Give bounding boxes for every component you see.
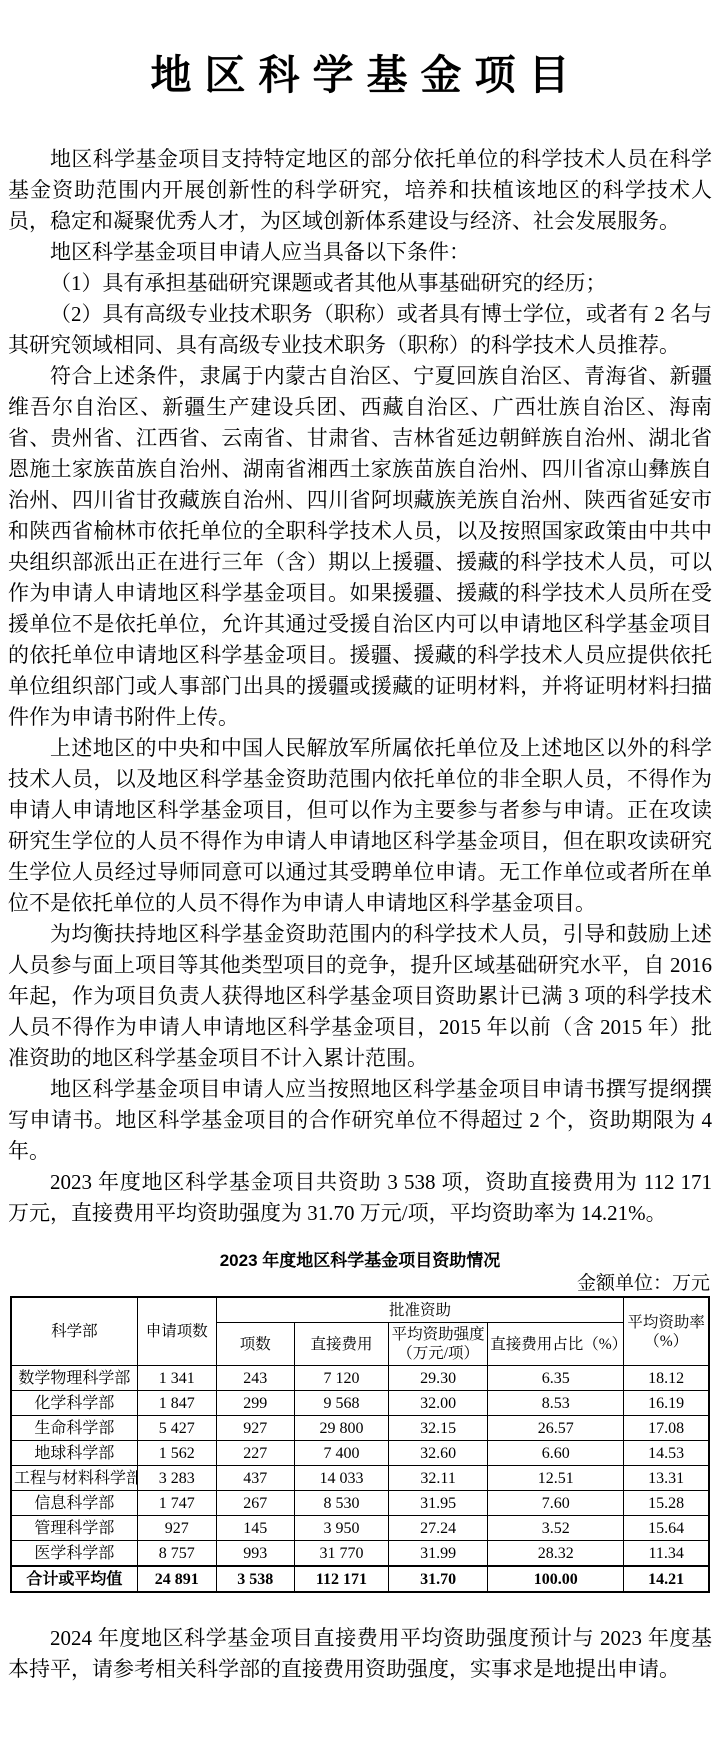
col-header-avg-intensity-line1: 平均资助强度 xyxy=(391,1325,485,1344)
cell-avg-intensity: 29.30 xyxy=(389,1366,488,1391)
cell-approved: 993 xyxy=(216,1541,294,1567)
table-row: 化学科学部 1 847 299 9 568 32.00 8.53 16.19 xyxy=(11,1391,709,1416)
cell-avg-rate: 13.31 xyxy=(624,1466,709,1491)
cell-approved: 267 xyxy=(216,1491,294,1516)
cell-avg-intensity: 32.00 xyxy=(389,1391,488,1416)
cell-approved: 927 xyxy=(216,1416,294,1441)
cell-applied: 927 xyxy=(137,1516,216,1541)
col-header-cost-share: 直接费用占比（%） xyxy=(488,1323,624,1366)
cell-total-applied: 24 891 xyxy=(137,1566,216,1592)
cell-direct-cost: 14 033 xyxy=(294,1466,388,1491)
cell-direct-cost: 7 400 xyxy=(294,1441,388,1466)
cell-cost-share: 28.32 xyxy=(488,1541,624,1567)
cell-department: 数学物理科学部 xyxy=(11,1366,137,1391)
col-header-avg-intensity-line2: （万元/项） xyxy=(391,1344,485,1363)
table-header-row-1: 科学部 申请项数 批准资助 平均资助率 （%） xyxy=(11,1297,709,1323)
cell-cost-share: 3.52 xyxy=(488,1516,624,1541)
cell-avg-rate: 18.12 xyxy=(624,1366,709,1391)
col-header-applied-count: 申请项数 xyxy=(137,1297,216,1366)
cell-avg-intensity: 31.95 xyxy=(389,1491,488,1516)
cell-avg-intensity: 32.60 xyxy=(389,1441,488,1466)
col-header-approved-count: 项数 xyxy=(216,1323,294,1366)
cell-approved: 243 xyxy=(216,1366,294,1391)
cell-applied: 1 847 xyxy=(137,1391,216,1416)
col-header-avg-rate: 平均资助率 （%） xyxy=(624,1297,709,1366)
cell-avg-rate: 15.64 xyxy=(624,1516,709,1541)
cell-avg-intensity: 32.15 xyxy=(389,1416,488,1441)
cell-cost-share: 6.35 xyxy=(488,1366,624,1391)
cell-department: 生命科学部 xyxy=(11,1416,137,1441)
cell-total-avg-rate: 14.21 xyxy=(624,1566,709,1592)
cell-total-cost-share: 100.00 xyxy=(488,1566,624,1592)
table-unit-note: 金额单位：万元 xyxy=(8,1273,710,1295)
cell-total-avg-intensity: 31.70 xyxy=(389,1566,488,1592)
paragraph-restrictions: 上述地区的中央和中国人民解放军所属依托单位及上述地区以外的科学技术人员，以及地区… xyxy=(8,733,712,919)
paragraph-conditions-lead: 地区科学基金项目申请人应当具备以下条件： xyxy=(8,237,712,268)
table-row: 工程与材料科学部 3 283 437 14 033 32.11 12.51 13… xyxy=(11,1466,709,1491)
cell-applied: 5 427 xyxy=(137,1416,216,1441)
cell-cost-share: 6.60 xyxy=(488,1441,624,1466)
paragraph-condition-1: （1）具有承担基础研究课题或者其他从事基础研究的经历； xyxy=(8,268,712,299)
col-header-avg-rate-line2: （%） xyxy=(626,1332,706,1351)
col-header-approved-group: 批准资助 xyxy=(216,1297,624,1323)
table-row: 生命科学部 5 427 927 29 800 32.15 26.57 17.08 xyxy=(11,1416,709,1441)
cell-direct-cost: 9 568 xyxy=(294,1391,388,1416)
cell-department: 管理科学部 xyxy=(11,1516,137,1541)
table-row: 医学科学部 8 757 993 31 770 31.99 28.32 11.34 xyxy=(11,1541,709,1567)
cell-avg-rate: 16.19 xyxy=(624,1391,709,1416)
paragraph-application-rule: 地区科学基金项目申请人应当按照地区科学基金项目申请书撰写提纲撰写申请书。地区科学… xyxy=(8,1074,712,1167)
paragraph-eligible-regions: 符合上述条件，隶属于内蒙古自治区、宁夏回族自治区、青海省、新疆维吾尔自治区、新疆… xyxy=(8,361,712,733)
cell-approved: 145 xyxy=(216,1516,294,1541)
cell-avg-rate: 11.34 xyxy=(624,1541,709,1567)
cell-approved: 227 xyxy=(216,1441,294,1466)
cell-total-label: 合计或平均值 xyxy=(11,1566,137,1592)
cell-avg-rate: 14.53 xyxy=(624,1441,709,1466)
cell-approved: 299 xyxy=(216,1391,294,1416)
cell-department: 工程与材料科学部 xyxy=(11,1466,137,1491)
cell-avg-rate: 15.28 xyxy=(624,1491,709,1516)
cell-approved: 437 xyxy=(216,1466,294,1491)
table-row: 信息科学部 1 747 267 8 530 31.95 7.60 15.28 xyxy=(11,1491,709,1516)
cell-total-approved: 3 538 xyxy=(216,1566,294,1592)
cell-avg-intensity: 27.24 xyxy=(389,1516,488,1541)
col-header-avg-rate-line1: 平均资助率 xyxy=(626,1313,706,1332)
cell-department: 化学科学部 xyxy=(11,1391,137,1416)
cell-avg-intensity: 31.99 xyxy=(389,1541,488,1567)
document-page: 地区科学基金项目 地区科学基金项目支持特定地区的部分依托单位的科学技术人员在科学… xyxy=(0,52,720,1685)
paragraph-condition-2: （2）具有高级专业技术职务（职称）或者具有博士学位，或者有 2 名与其研究领域相… xyxy=(8,299,712,361)
cell-cost-share: 12.51 xyxy=(488,1466,624,1491)
cell-direct-cost: 7 120 xyxy=(294,1366,388,1391)
table-row: 数学物理科学部 1 341 243 7 120 29.30 6.35 18.12 xyxy=(11,1366,709,1391)
page-title: 地区科学基金项目 xyxy=(8,52,712,99)
body-text: 地区科学基金项目支持特定地区的部分依托单位的科学技术人员在科学基金资助范围内开展… xyxy=(8,144,712,1229)
col-header-direct-cost: 直接费用 xyxy=(294,1323,388,1366)
cell-cost-share: 26.57 xyxy=(488,1416,624,1441)
paragraph-2023-stats: 2023 年度地区科学基金项目共资助 3 538 项，资助直接费用为 112 1… xyxy=(8,1167,712,1229)
funding-table: 科学部 申请项数 批准资助 平均资助率 （%） 项数 直接费用 平均资助强度 （… xyxy=(10,1296,710,1593)
table-caption: 2023 年度地区科学基金项目资助情况 xyxy=(8,1251,712,1271)
cell-department: 信息科学部 xyxy=(11,1491,137,1516)
cell-direct-cost: 31 770 xyxy=(294,1541,388,1567)
table-total-row: 合计或平均值 24 891 3 538 112 171 31.70 100.00… xyxy=(11,1566,709,1592)
cell-applied: 3 283 xyxy=(137,1466,216,1491)
cell-total-direct-cost: 112 171 xyxy=(294,1566,388,1592)
cell-direct-cost: 8 530 xyxy=(294,1491,388,1516)
table-row: 地球科学部 1 562 227 7 400 32.60 6.60 14.53 xyxy=(11,1441,709,1466)
col-header-avg-intensity: 平均资助强度 （万元/项） xyxy=(389,1323,488,1366)
table-row: 管理科学部 927 145 3 950 27.24 3.52 15.64 xyxy=(11,1516,709,1541)
paragraph-2024-outlook: 2024 年度地区科学基金项目直接费用平均资助强度预计与 2023 年度基本持平… xyxy=(8,1623,712,1685)
cell-cost-share: 8.53 xyxy=(488,1391,624,1416)
cell-avg-rate: 17.08 xyxy=(624,1416,709,1441)
cell-department: 地球科学部 xyxy=(11,1441,137,1466)
cell-direct-cost: 29 800 xyxy=(294,1416,388,1441)
cell-applied: 1 562 xyxy=(137,1441,216,1466)
col-header-department: 科学部 xyxy=(11,1297,137,1366)
cell-applied: 1 747 xyxy=(137,1491,216,1516)
cell-applied: 8 757 xyxy=(137,1541,216,1567)
cell-direct-cost: 3 950 xyxy=(294,1516,388,1541)
paragraph-quota-rule: 为均衡扶持地区科学基金资助范围内的科学技术人员，引导和鼓励上述人员参与面上项目等… xyxy=(8,919,712,1074)
cell-avg-intensity: 32.11 xyxy=(389,1466,488,1491)
cell-department: 医学科学部 xyxy=(11,1541,137,1567)
paragraph-intro: 地区科学基金项目支持特定地区的部分依托单位的科学技术人员在科学基金资助范围内开展… xyxy=(8,144,712,237)
cell-cost-share: 7.60 xyxy=(488,1491,624,1516)
closing-text: 2024 年度地区科学基金项目直接费用平均资助强度预计与 2023 年度基本持平… xyxy=(8,1623,712,1685)
cell-applied: 1 341 xyxy=(137,1366,216,1391)
